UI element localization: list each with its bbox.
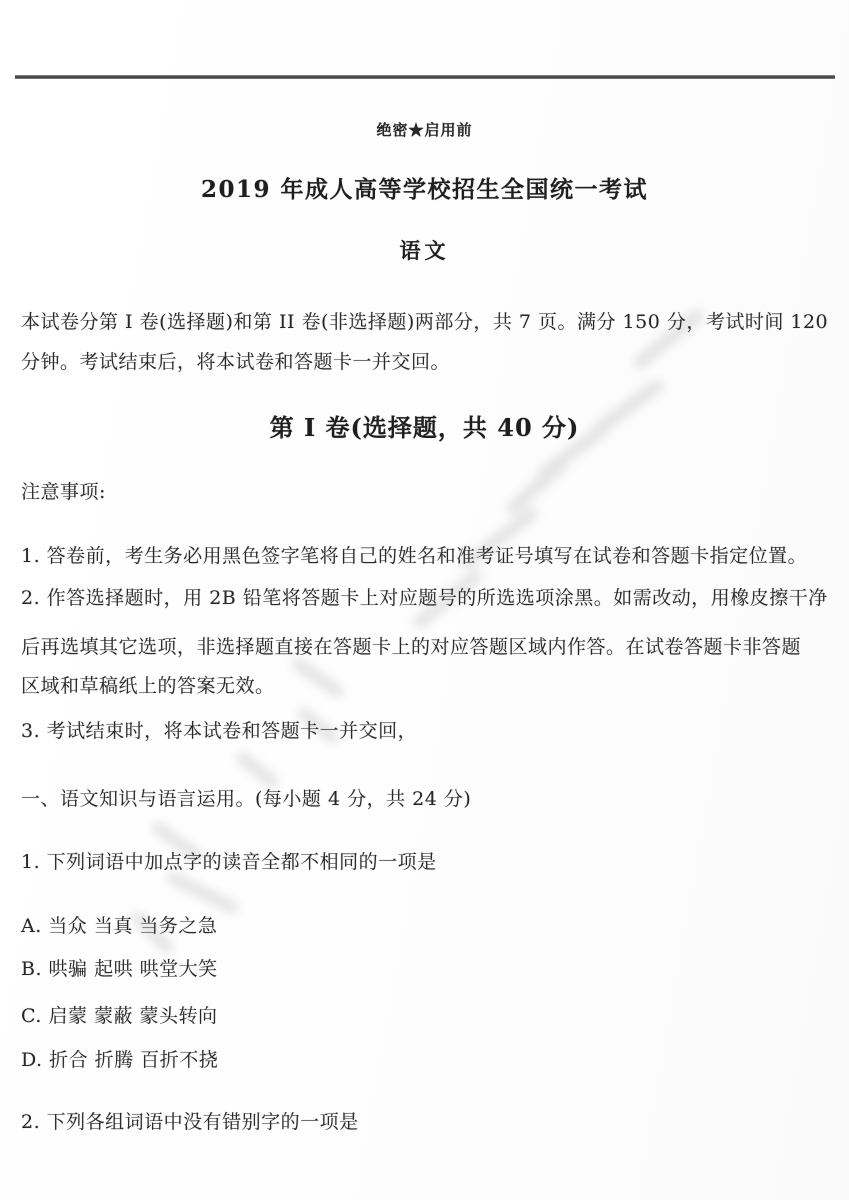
intro-line-1: 本试卷分第 I 卷(选择题)和第 II 卷(非选择题)两部分，共 7 页。满分 … bbox=[21, 307, 828, 334]
exam-title: 2019 年成人高等学校招生全国统一考试 bbox=[0, 171, 849, 204]
subject-title: 语文 bbox=[0, 235, 849, 265]
section1-heading: 一、语文知识与语言运用。(每小题 4 分，共 24 分) bbox=[21, 784, 471, 811]
question2-stem: 2. 下列各组词语中没有错别字的一项是 bbox=[21, 1107, 359, 1134]
note-1: 1. 答卷前，考生务必用黑色签字笔将自己的姓名和准考证号填写在试卷和答题卡指定位… bbox=[21, 541, 807, 568]
question1-stem: 1. 下列词语中加点字的读音全都不相同的一项是 bbox=[21, 847, 437, 874]
note-2-line-3: 区域和草稿纸上的答案无效。 bbox=[21, 671, 275, 698]
top-divider-rule bbox=[15, 75, 835, 79]
security-label: 绝密★启用前 bbox=[0, 119, 849, 140]
question1-option-d: D. 折合 折腾 百折不挠 bbox=[21, 1045, 218, 1072]
question1-option-b: B. 哄骗 起哄 哄堂大笑 bbox=[21, 954, 218, 981]
note-2-line-1: 2. 作答选择题时，用 2B 铅笔将答题卡上对应题号的所选选项涂黑。如需改动，用… bbox=[21, 583, 828, 610]
exam-paper-page: 绝密★启用前 2019 年成人高等学校招生全国统一考试 语文 本试卷分第 I 卷… bbox=[0, 0, 849, 1200]
note-2-line-2: 后再选填其它选项，非选择题直接在答题卡上的对应答题区域内作答。在试卷答题卡非答题 bbox=[21, 632, 801, 659]
intro-line-2: 分钟。考试结束后，将本试卷和答题卡一并交回。 bbox=[21, 347, 450, 374]
question1-option-c: C. 启蒙 蒙蔽 蒙头转向 bbox=[21, 1001, 218, 1028]
part1-heading: 第 I 卷(选择题，共 40 分) bbox=[0, 408, 849, 443]
question1-option-a: A. 当众 当真 当务之急 bbox=[21, 911, 217, 938]
note-3: 3. 考试结束时，将本试卷和答题卡一并交回， bbox=[21, 716, 417, 743]
notes-title: 注意事项: bbox=[21, 477, 106, 504]
